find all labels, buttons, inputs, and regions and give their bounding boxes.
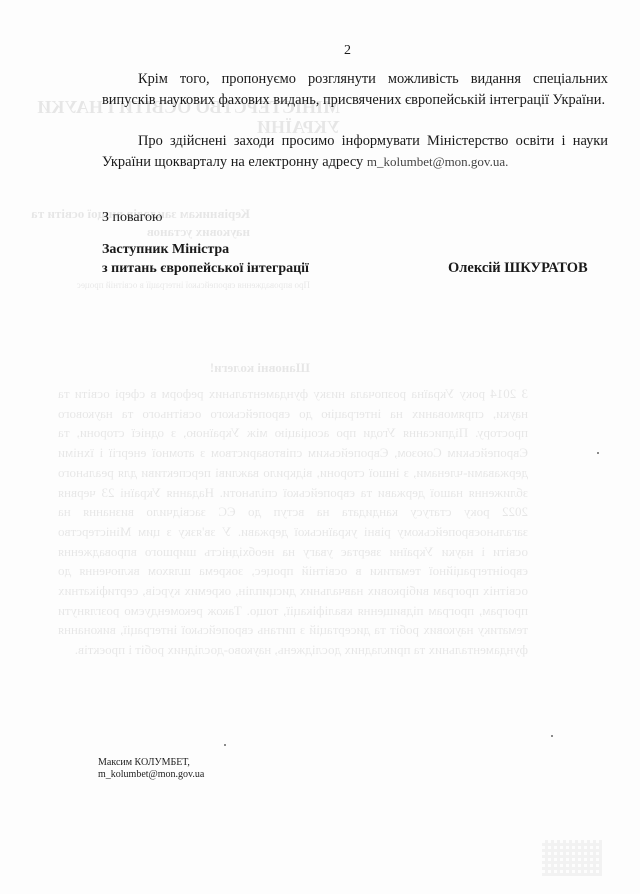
bleed-subject: Про впровадження європейської інтеграції… (77, 280, 310, 291)
scan-speck (224, 744, 226, 746)
closing-phrase: З повагою (102, 210, 163, 226)
paragraph-reporting: Про здійснені заходи просимо інформувати… (102, 131, 608, 172)
document-page: МІНІСТЕРСТВО ОСВІТИ І НАУКИ УКРАЇНИ Кері… (0, 0, 640, 894)
scan-speck (597, 452, 599, 454)
executor-name: Максим КОЛУМБЕТ, (98, 757, 204, 769)
signatory-title-line1: Заступник Міністра (102, 241, 309, 260)
contact-email-link[interactable]: m_kolumbet@mon.gov.ua. (367, 154, 508, 169)
executor-block: Максим КОЛУМБЕТ, m_kolumbet@mon.gov.ua (98, 757, 204, 781)
signatory-title-line2: з питань європейської інтеграції (102, 260, 309, 279)
bleed-body: З 2014 року Україна розпочала низку фунд… (58, 384, 528, 660)
qr-code-icon (542, 840, 602, 876)
bleed-greeting: Шановні колеги! (210, 360, 310, 376)
page-number: 2 (344, 43, 351, 59)
signatory-title: Заступник Міністра з питань європейської… (102, 241, 309, 278)
signatory-name: Олексій ШКУРАТОВ (448, 260, 588, 277)
paragraph-special-issues: Крім того, пропонуємо розглянути можливі… (102, 69, 608, 110)
executor-email: m_kolumbet@mon.gov.ua (98, 769, 204, 781)
scan-speck (551, 735, 553, 737)
paragraph-reporting-text: Про здійснені заходи просимо інформувати… (102, 133, 608, 170)
